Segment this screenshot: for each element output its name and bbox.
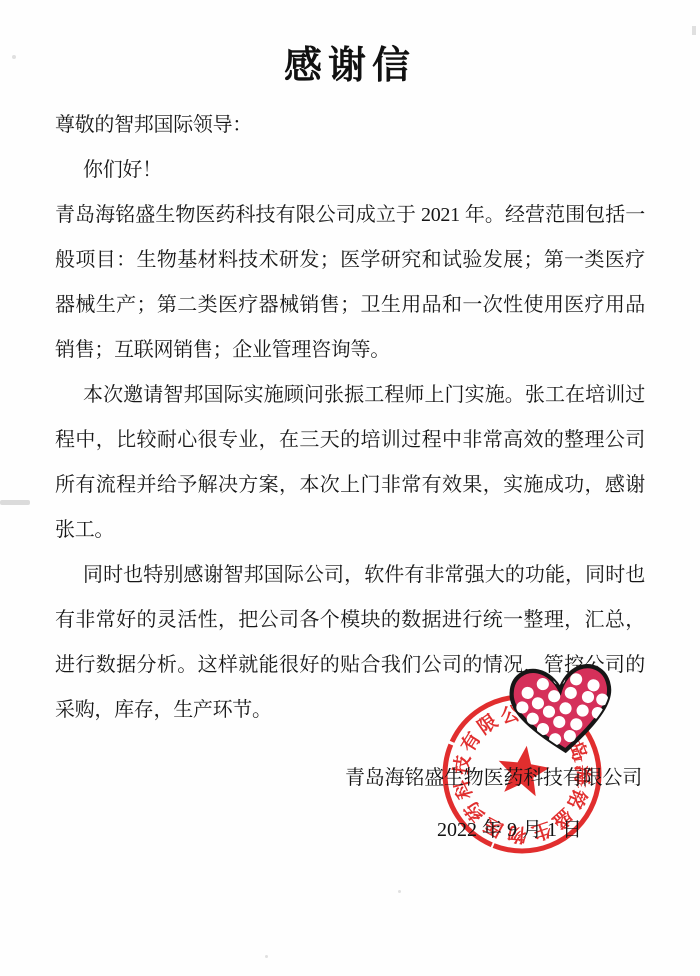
- paragraph-company-intro: 青岛海铭盛生物医药科技有限公司成立于 2021 年。经营范围包括一般项目：生物基…: [55, 193, 645, 373]
- letter-title: 感谢信: [0, 0, 700, 89]
- scan-artifact: [12, 55, 16, 59]
- scan-artifact: [0, 500, 30, 505]
- salutation: 尊敬的智邦国际领导：: [55, 103, 645, 148]
- greeting: 你们好！: [55, 148, 645, 193]
- signature-date: 2022 年 9 月 1 日: [437, 813, 582, 842]
- letter-body: 尊敬的智邦国际领导： 你们好！ 青岛海铭盛生物医药科技有限公司成立于 2021 …: [0, 103, 700, 733]
- paragraph-implementation-thanks: 本次邀请智邦国际实施顾问张振工程师上门实施。张工在培训过程中，比较耐心很专业，在…: [55, 373, 645, 553]
- signature-company-name: 青岛海铭盛生物医药科技有限公司: [345, 761, 642, 790]
- scan-artifact: [265, 955, 268, 958]
- heart-sticker: [506, 662, 618, 760]
- scan-artifact: [398, 890, 401, 893]
- scanned-letter-page: 感谢信 尊敬的智邦国际领导： 你们好！ 青岛海铭盛生物医药科技有限公司成立于 2…: [0, 0, 700, 976]
- scan-artifact: [692, 26, 696, 35]
